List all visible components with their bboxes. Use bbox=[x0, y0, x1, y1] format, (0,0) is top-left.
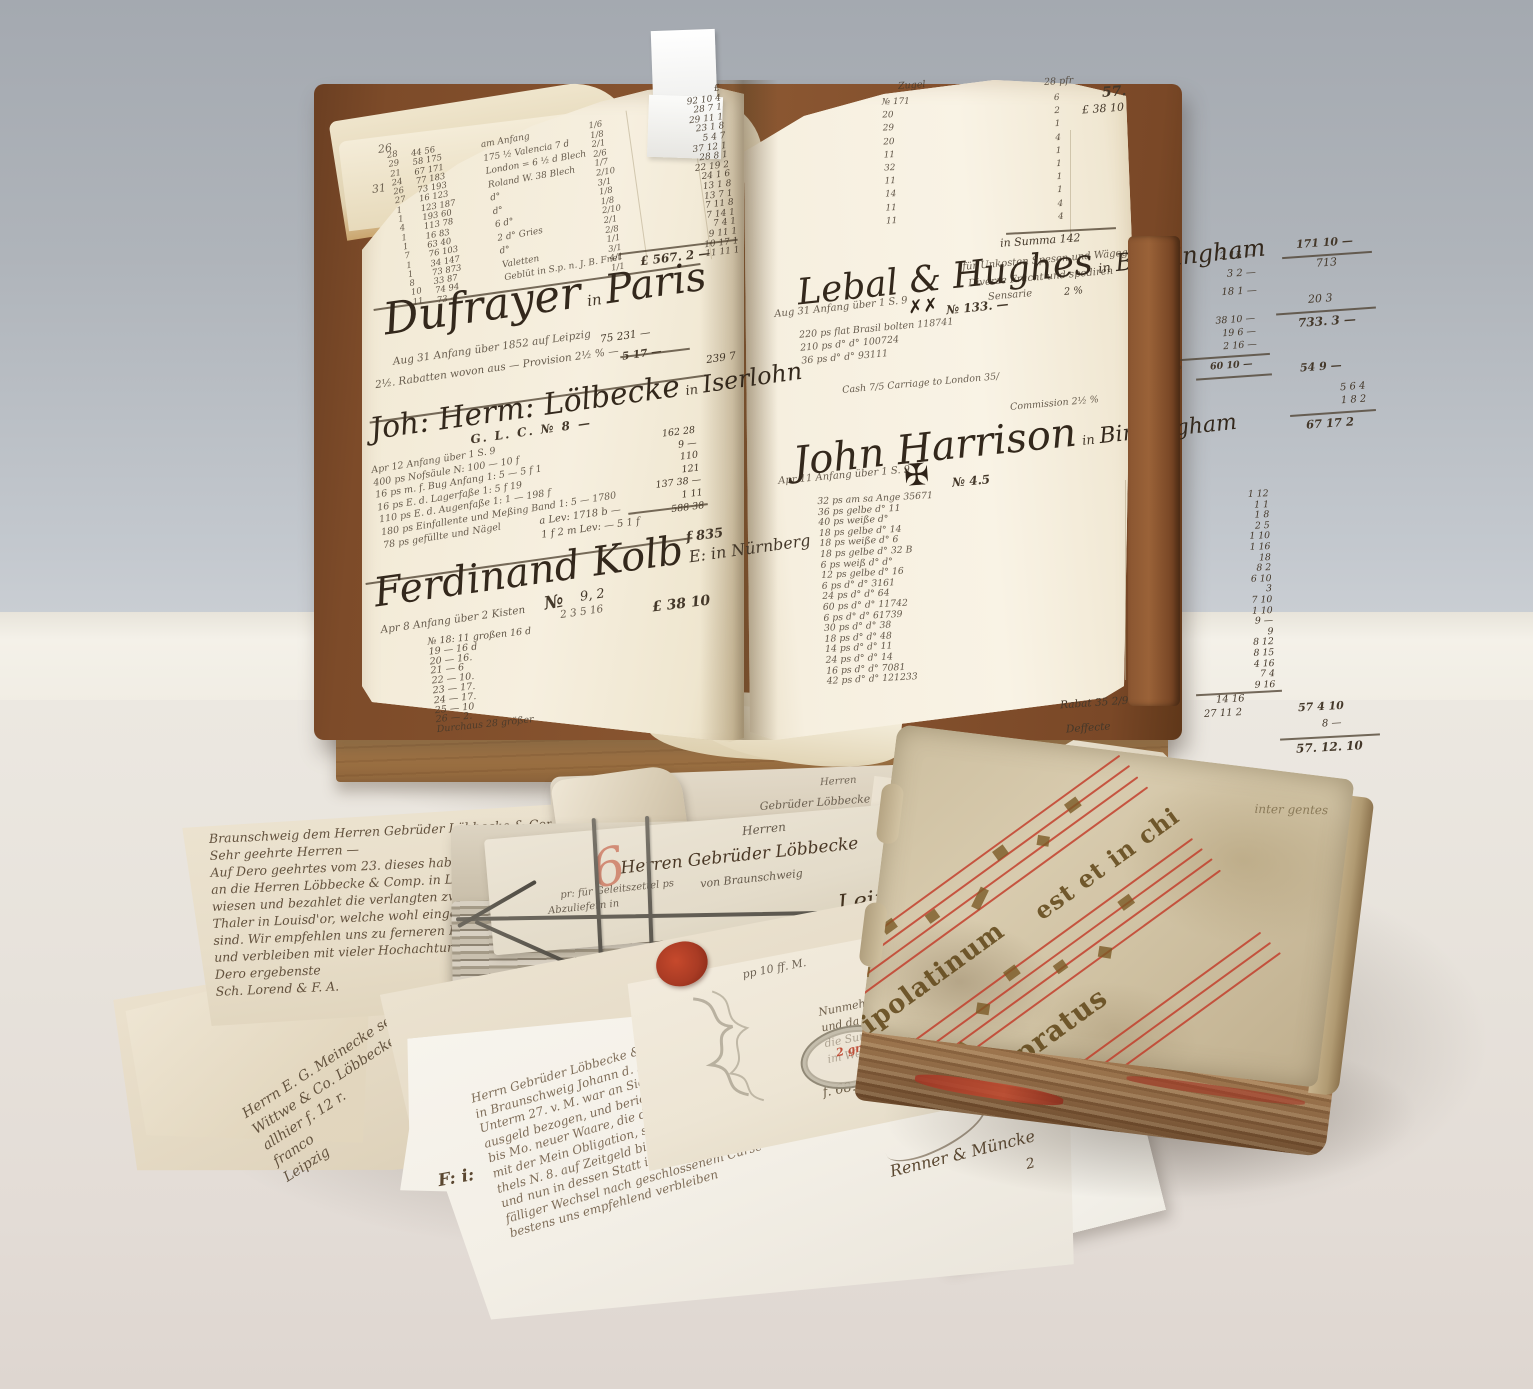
harrison-amounts: 1 12 1 1 1 8 2 5 1 10 1 16 18 8 2 6 10 3… bbox=[1215, 489, 1276, 692]
neume-icon bbox=[1003, 964, 1021, 981]
merchant-monogram-icon: ✠ bbox=[903, 457, 931, 494]
choirbook: a ipolatinum opratus est et in chi inter… bbox=[855, 724, 1377, 1136]
rabat-c: 57 4 10 bbox=[1298, 699, 1345, 714]
column-rule bbox=[1125, 480, 1126, 680]
rabat-a: 14 16 bbox=[1216, 693, 1245, 705]
carry-amount3: 20 3 bbox=[1308, 291, 1333, 306]
top-col-numbers: № 171 20 29 20 11 32 11 14 11 11 bbox=[882, 96, 915, 229]
section-amounts: 38 10 — 19 6 — 2 16 — bbox=[1195, 312, 1258, 355]
choirbook-vellum-cover: a ipolatinum opratus est et in chi inter… bbox=[860, 724, 1354, 1088]
top-col-header1: Zugel bbox=[898, 79, 926, 92]
neume-icon bbox=[1098, 946, 1113, 959]
photograph-scene: 26 31 28 29 21 24 26 27 1 1 4 1 1 7 1 1 … bbox=[0, 0, 1533, 1389]
deffecte-amount: 8 — bbox=[1322, 717, 1342, 729]
choirbook-corner-note: inter gentes bbox=[1255, 802, 1329, 817]
expense-line3b: 2 % bbox=[1064, 285, 1084, 298]
ledger-right-cover-edge bbox=[1128, 236, 1180, 706]
page-number: 57. bbox=[1101, 83, 1126, 101]
neume-icon bbox=[971, 887, 989, 911]
section-list: № 18: 11 großen 16 d 19 — 16 d 20 — 16. … bbox=[427, 627, 541, 735]
harrison-rows: 32 ps am sa Ange 35671 36 ps gelbe d° 11… bbox=[817, 491, 943, 687]
merchant-monogram-icon: ✗✗ bbox=[907, 294, 939, 318]
neume-icon bbox=[1037, 835, 1050, 847]
column-rule bbox=[1070, 130, 1071, 240]
commission-amounts: 5 6 4 1 8 2 bbox=[1295, 380, 1367, 411]
neume-icon bbox=[976, 1002, 991, 1015]
in-word: in bbox=[586, 290, 603, 310]
in-word: in bbox=[1081, 433, 1095, 449]
in-word: in bbox=[685, 382, 699, 399]
carry-amount2: 713 bbox=[1316, 255, 1338, 269]
in-word: in bbox=[1098, 261, 1112, 277]
rabat-b: 27 11 2 bbox=[1204, 707, 1243, 720]
top-col-header2: 28 pfr bbox=[1044, 75, 1074, 88]
margin-folio-b: 31 bbox=[371, 181, 387, 196]
choirbook-manuscript-layer: a ipolatinum opratus est et in chi bbox=[860, 724, 1354, 1088]
